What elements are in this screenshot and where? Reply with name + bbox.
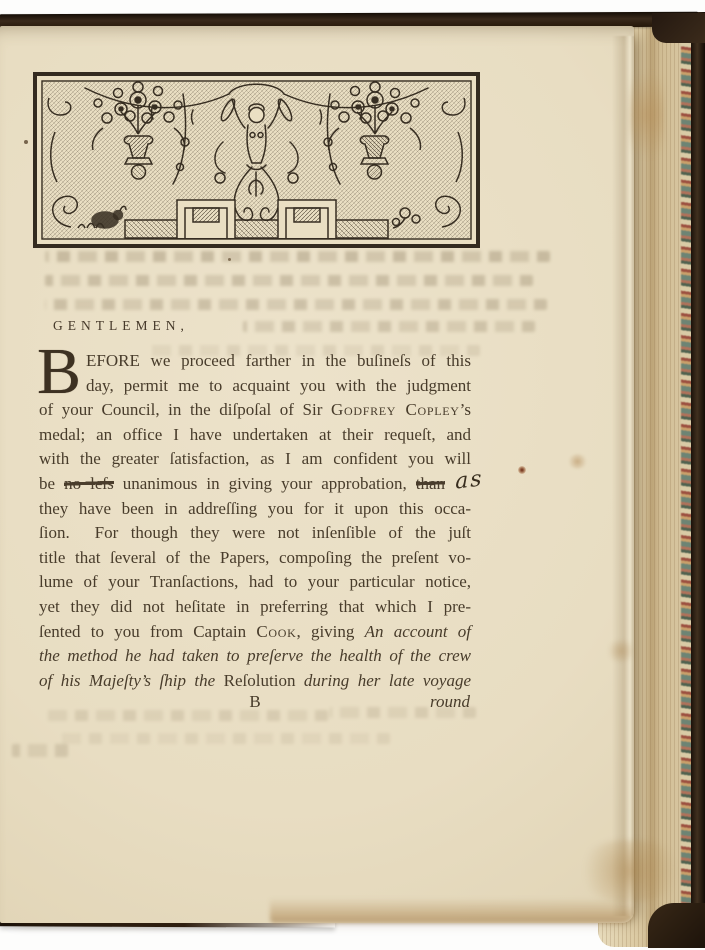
show-through-text bbox=[45, 251, 550, 262]
text-segment: lume of your Tranſactions, had to your p… bbox=[39, 572, 471, 591]
catchword: round bbox=[430, 692, 470, 712]
italic-text-segment: during her late voyage bbox=[295, 671, 471, 690]
text-segment: EFORE we proceed farther in the buſineſs… bbox=[86, 351, 471, 370]
italic-text-segment: An account of bbox=[365, 622, 471, 641]
text-segment: ſion. For though they were not inſenſibl… bbox=[39, 523, 471, 542]
direction-line: B round bbox=[39, 692, 471, 717]
struck-out-text: than bbox=[416, 474, 445, 493]
text-segment: ’s bbox=[460, 400, 471, 419]
small-caps-segment: Cook bbox=[256, 622, 296, 641]
text-line-3: of your Council, in the diſpoſal of Sir … bbox=[39, 398, 471, 423]
text-segment: unanimous in giving your approbation, bbox=[114, 474, 416, 493]
text-segment: yet they did not heſitate in preferring … bbox=[39, 597, 471, 616]
book-cover-corner-bottom-right bbox=[648, 903, 705, 948]
text-segment: ſented to you from Captain bbox=[39, 622, 256, 641]
text-line-8: ſion. For though they were not inſenſibl… bbox=[39, 521, 471, 546]
foxing-spot bbox=[568, 454, 587, 469]
text-line-14: of his Majeſty’s ſhip the Reſolution dur… bbox=[39, 669, 471, 694]
text-segment: with the greater ſatisfaction, as I am c… bbox=[39, 449, 471, 468]
signature-mark: B bbox=[39, 692, 471, 712]
book-photo: GENTLEMEN, B EFORE we proceed farther in… bbox=[0, 0, 705, 950]
text-line-4: medal; an office I have undertaken at th… bbox=[39, 423, 471, 448]
struck-out-text: no leſs bbox=[64, 474, 114, 493]
text-segment: of your Council, in the diſpoſal of Sir bbox=[39, 400, 331, 419]
show-through-text bbox=[60, 733, 390, 744]
text-line-11: yet they did not heſitate in preferring … bbox=[39, 595, 471, 620]
salutation-heading: GENTLEMEN, bbox=[53, 318, 189, 334]
page-bottom-stain bbox=[270, 898, 634, 923]
show-through-text bbox=[243, 321, 535, 332]
text-line-10: lume of your Tranſactions, had to your p… bbox=[39, 570, 471, 595]
book-cover-right-edge bbox=[691, 12, 705, 948]
text-line-7: they have been in addreſſing you for it … bbox=[39, 497, 471, 522]
text-line-2: day, permit me to acquaint you with the … bbox=[39, 374, 471, 399]
text-line-13: the method he had taken to preſerve the … bbox=[39, 644, 471, 669]
edge-stain bbox=[630, 60, 664, 170]
page-right-edge-crease bbox=[612, 36, 634, 916]
text-segment: they have been in addreſſing you for it … bbox=[39, 499, 471, 518]
text-line-9: title that ſeveral of the Papers, compoſ… bbox=[39, 546, 471, 571]
italic-text-segment: the method he had taken to preſerve the … bbox=[39, 646, 471, 665]
text-segment: Reſolution bbox=[224, 671, 296, 690]
text-segment: day, permit me to acquaint you with the … bbox=[86, 376, 471, 395]
text-line-12: ſented to you from Captain Cook, giving … bbox=[39, 620, 471, 645]
edge-stain bbox=[580, 840, 680, 902]
text-segment: , giving bbox=[296, 622, 364, 641]
ink-speck bbox=[24, 140, 28, 144]
text-line-1: EFORE we proceed farther in the buſineſs… bbox=[39, 349, 471, 374]
show-through-text bbox=[45, 299, 547, 310]
show-through-text bbox=[45, 275, 533, 286]
text-segment: be bbox=[39, 474, 64, 493]
headpiece-woodcut bbox=[33, 72, 480, 248]
edge-stain bbox=[607, 640, 635, 662]
text-line-5: with the greater ſatisfaction, as I am c… bbox=[39, 447, 471, 472]
body-paragraph: EFORE we proceed farther in the buſineſs… bbox=[39, 349, 471, 693]
book-cover-corner-top-right bbox=[652, 13, 705, 43]
text-line-6: be no leſs unanimous in giving your appr… bbox=[39, 472, 445, 497]
small-caps-segment: Godfrey Copley bbox=[331, 400, 460, 419]
foxing-spot bbox=[518, 466, 526, 474]
show-through-text bbox=[12, 744, 68, 757]
text-segment: title that ſeveral of the Papers, compoſ… bbox=[39, 548, 471, 567]
italic-text-segment: of his Majeſty’s ſhip the bbox=[39, 671, 224, 690]
ink-speck bbox=[228, 258, 231, 261]
text-segment: medal; an office I have undertaken at th… bbox=[39, 425, 471, 444]
